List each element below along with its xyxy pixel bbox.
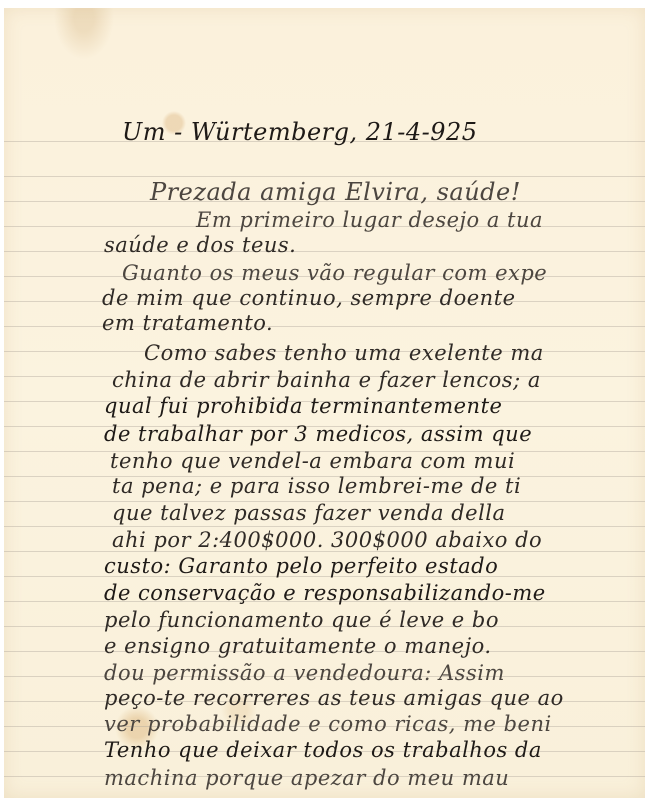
letter-line: tenho que vendel-a embara com mui bbox=[110, 451, 515, 472]
letter-line: ta pena; e para isso lembrei-me de ti bbox=[112, 476, 521, 497]
letter-line: ahi por 2:400$000. 300$000 abaixo do bbox=[112, 530, 542, 551]
letter-line: machina porque apezar do meu mau bbox=[104, 768, 509, 789]
letter-line: dou permissão a vendedoura: Assim bbox=[104, 663, 505, 684]
letter-line: de mim que continuo, sempre doente bbox=[102, 288, 516, 309]
letter-line: que talvez passas fazer venda della bbox=[112, 503, 506, 524]
letter-line: em tratamento. bbox=[102, 313, 273, 334]
letter-line: de conservação e responsabilizando-me bbox=[104, 583, 546, 604]
letter-line: Tenho que deixar todos os trabalhos da bbox=[104, 740, 542, 761]
letter-line: Em primeiro lugar desejo a tua bbox=[196, 210, 543, 231]
letter-line: china de abrir bainha e fazer lencos; a bbox=[112, 370, 541, 391]
letter-line: Como sabes tenho uma exelente ma bbox=[144, 343, 544, 364]
letter-line: ver probabilidade e como ricas, me beni bbox=[104, 714, 552, 735]
letter-line: e ensigno gratuitamente o manejo. bbox=[104, 636, 492, 657]
letter-line: Guanto os meus vão regular com expe bbox=[122, 263, 547, 284]
letter-line: de trabalhar por 3 medicos, assim que bbox=[104, 424, 532, 445]
ruled-line bbox=[4, 251, 645, 252]
letter-line: qual fui prohibida terminantemente bbox=[104, 396, 502, 417]
letter-line: saúde e dos teus. bbox=[104, 235, 296, 256]
letter-line: pelo funcionamento que é leve e bo bbox=[104, 610, 499, 631]
ruled-line bbox=[4, 526, 645, 527]
letter-greeting: Prezada amiga Elvira, saúde! bbox=[150, 180, 521, 204]
ruled-line bbox=[4, 176, 645, 177]
letter-line: custo: Garanto pelo perfeito estado bbox=[104, 556, 498, 577]
place-date-heading: Um - Würtemberg, 21-4-925 bbox=[122, 120, 478, 144]
ruled-line bbox=[4, 326, 645, 327]
letter-paper: Um - Würtemberg, 21-4-925 Prezada amiga … bbox=[4, 8, 645, 798]
letter-line: peço-te recorreres as teus amigas que ao bbox=[104, 688, 564, 709]
